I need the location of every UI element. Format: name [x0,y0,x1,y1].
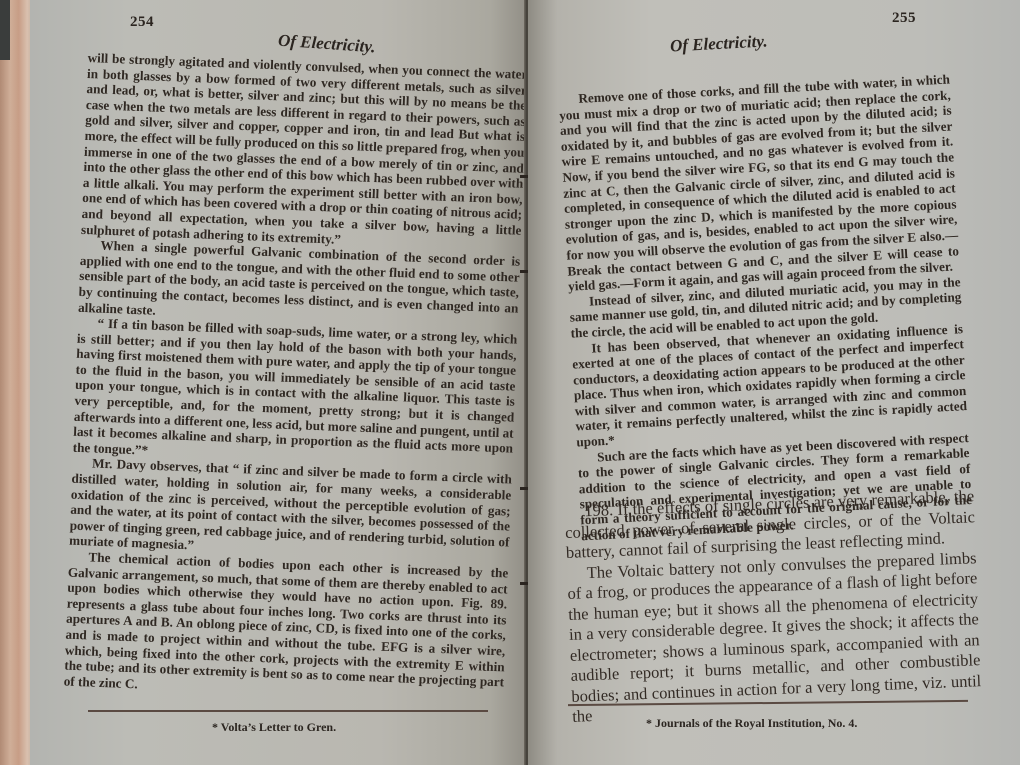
left-page: 254 Of Electricity. will be strongly agi… [30,0,530,765]
paragraph: The chemical action of bodies upon each … [63,549,508,706]
paragraph: Mr. Davy observes, that “ if zinc and si… [69,455,512,565]
page-number: 255 [892,10,916,27]
footnote: * Volta’s Letter to Gren. [212,720,336,735]
paragraph: It has been observed, that whenever an o… [571,321,968,451]
running-head: Of Electricity. [670,31,768,56]
footnote-rule [88,710,488,712]
body-text: will be strongly agitated and violently … [63,50,527,706]
right-page: 255 Of Electricity. Remove one of those … [528,0,1020,765]
running-head: Of Electricity. [277,31,376,58]
paragraph: will be strongly agitated and violently … [81,50,528,254]
paragraph: Remove one of those corks, and fill the … [558,71,960,294]
section-198-text: 198. If the effects of single circles ar… [564,486,982,727]
body-text: Remove one of those corks, and fill the … [558,71,973,543]
footnote: * Journals of the Royal Institution, No.… [646,716,857,731]
book-page-edges [0,0,34,765]
paragraph: “ If a tin bason be filled with soap-sud… [72,315,517,472]
page-number: 254 [130,14,154,31]
